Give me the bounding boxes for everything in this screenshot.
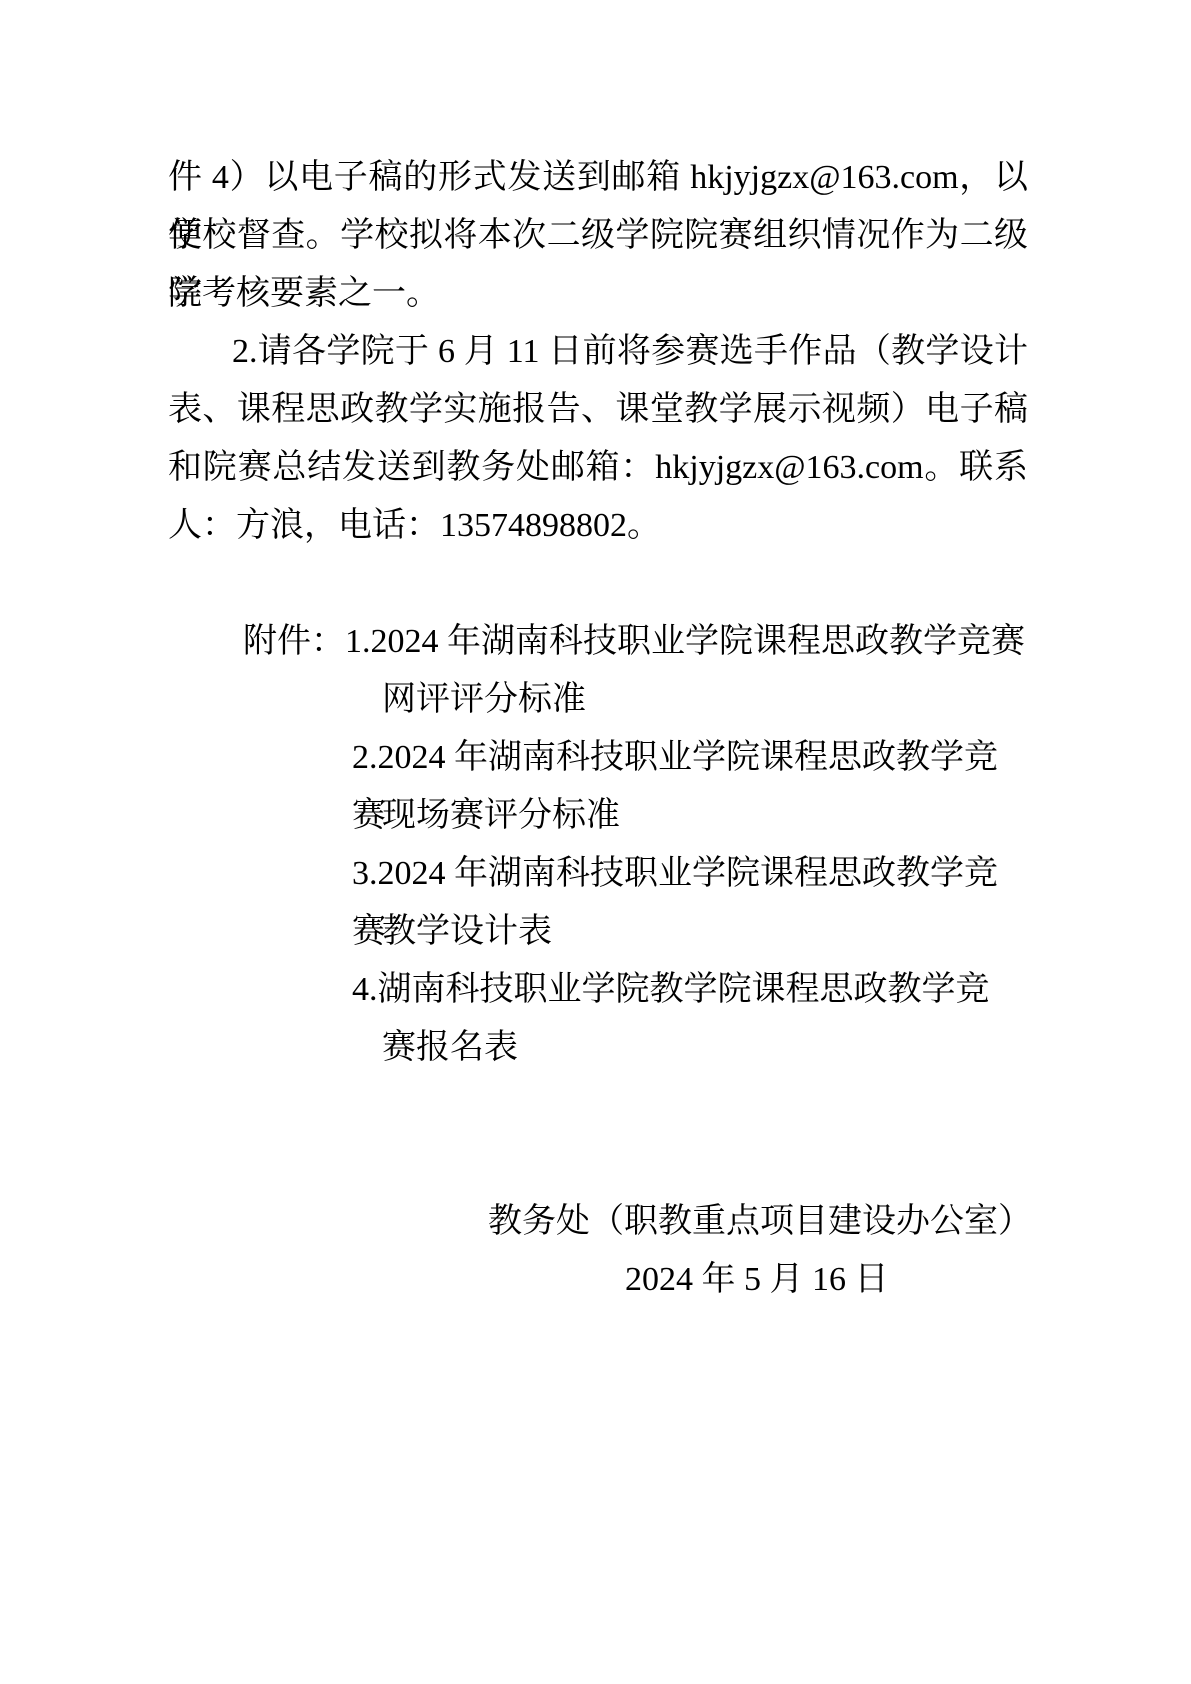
para-followup-line-3: 院考核要素之一。 (168, 265, 1028, 323)
attachment-item-1-cont: 网评评分标准 (168, 671, 1028, 729)
para-item2-line-4: 人：方浪，电话：13574898802。 (168, 497, 1028, 555)
document-body: 件 4）以电子稿的形式发送到邮箱 hkjyjgzx@163.com，以便 学校督… (168, 149, 1028, 1309)
signature-department: 教务处（职教重点项目建设办公室） (168, 1193, 1028, 1251)
para-followup-line-2: 学校督查。学校拟将本次二级学院院赛组织情况作为二级学 (168, 207, 1028, 265)
para-followup-line-1: 件 4）以电子稿的形式发送到邮箱 hkjyjgzx@163.com，以便 (168, 149, 1028, 207)
signature-date: 2024 年 5 月 16 日 (168, 1251, 1028, 1309)
document-page: 件 4）以电子稿的形式发送到邮箱 hkjyjgzx@163.com，以便 学校督… (0, 0, 1191, 1684)
attachments-label-and-item-1: 附件：1.2024 年湖南科技职业学院课程思政教学竞赛 (168, 613, 1028, 671)
attachment-item-2-cont: 现场赛评分标准 (168, 787, 1028, 845)
attachment-item-4-cont: 赛报名表 (168, 1019, 1028, 1077)
attachment-item-4: 4.湖南科技职业学院教学院课程思政教学竞 (168, 961, 1028, 1019)
para-item2-line-2: 表、课程思政教学实施报告、课堂教学展示视频）电子稿 (168, 381, 1028, 439)
attachment-item-2: 2.2024 年湖南科技职业学院课程思政教学竞赛 (168, 729, 1028, 787)
attachment-item-3: 3.2024 年湖南科技职业学院课程思政教学竞赛 (168, 845, 1028, 903)
para-item2-line-3: 和院赛总结发送到教务处邮箱：hkjyjgzx@163.com。联系 (168, 439, 1028, 497)
attachment-item-3-cont: 教学设计表 (168, 903, 1028, 961)
para-item2-line-1: 2.请各学院于 6 月 11 日前将参赛选手作品（教学设计 (168, 323, 1028, 381)
